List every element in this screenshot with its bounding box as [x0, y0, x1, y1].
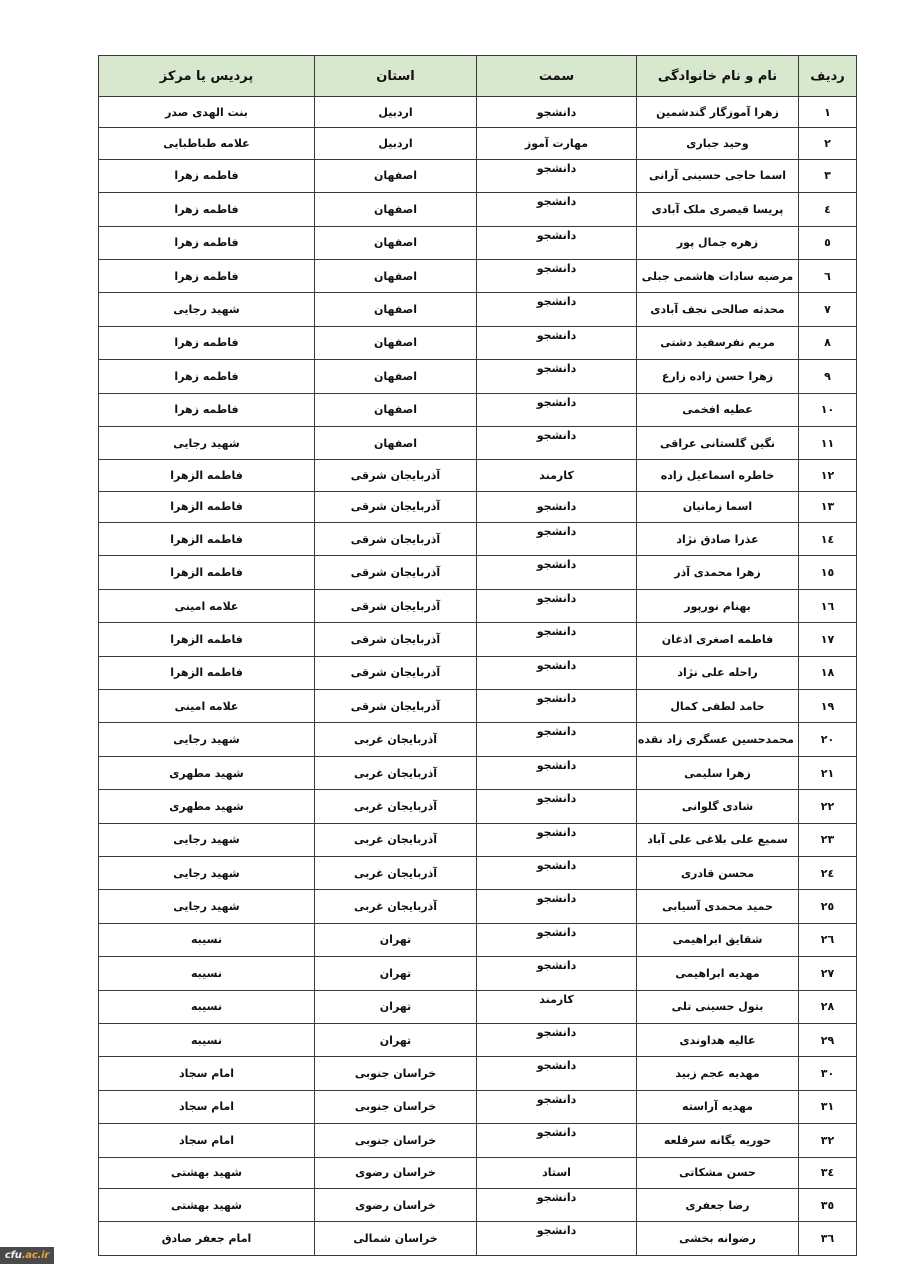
cell-full-name: عذرا صادق نژاد [637, 523, 799, 556]
table-row: ۱۲خاطره اسماعیل زادهکارمندآذربایجان شرقی… [99, 460, 857, 491]
cell-row-number: ۱۲ [799, 460, 857, 491]
cell-row-number: ۲۷ [799, 957, 857, 990]
cell-full-name: مرضیه سادات هاشمی جبلی [637, 259, 799, 292]
cell-campus: علامه طباطبایی [99, 128, 315, 159]
cell-full-name: محسن قادری [637, 856, 799, 889]
cell-full-name: حامد لطفی کمال [637, 690, 799, 723]
cell-campus: فاطمه الزهرا [99, 656, 315, 689]
cell-province: اصفهان [315, 360, 477, 393]
cell-role: دانشجو [477, 623, 637, 656]
cell-role: دانشجو [477, 823, 637, 856]
table-row: ۲۱زهرا سلیمیدانشجوآذربایجان غربیشهید مطه… [99, 756, 857, 789]
cell-full-name: اسما زمانیان [637, 491, 799, 522]
table-row: ۲وحید جباریمهارت آموزاردبیلعلامه طباطبای… [99, 128, 857, 159]
cell-role: مهارت آموز [477, 128, 637, 159]
table-row: ۱۷فاطمه اصغری اذغاندانشجوآذربایجان شرقیف… [99, 623, 857, 656]
cell-full-name: پریسا قیصری ملک آبادی [637, 193, 799, 226]
table-row: ۱۸راحله علی نژاددانشجوآذربایجان شرقیفاطم… [99, 656, 857, 689]
watermark-text-domain: .ac.ir [22, 1250, 49, 1261]
table-row: ۲۷مهدیه ابراهیمیدانشجوتهراننسیبه [99, 957, 857, 990]
cell-full-name: بتول حسینی تلی [637, 990, 799, 1023]
cell-row-number: ۸ [799, 326, 857, 359]
table-row: ۲۰محمدحسین عسگری زاد نقدهدانشجوآذربایجان… [99, 723, 857, 756]
cell-row-number: ۳۰ [799, 1057, 857, 1090]
cell-full-name: سمیع علی بلاغی علی آباد [637, 823, 799, 856]
cell-campus: فاطمه زهرا [99, 259, 315, 292]
cell-campus: نسیبه [99, 1023, 315, 1056]
cell-row-number: ۳ [799, 159, 857, 192]
header-row-number: ردیف [799, 56, 857, 97]
cell-province: تهران [315, 1023, 477, 1056]
table-header-row: ردیف نام و نام خانوادگی سمت استان پردیس … [99, 56, 857, 97]
cell-province: خراسان شمالی [315, 1222, 477, 1255]
cell-row-number: ۲٤ [799, 856, 857, 889]
cell-province: اردبیل [315, 97, 477, 128]
table-row: ٥زهره جمال پوردانشجواصفهانفاطمه زهرا [99, 226, 857, 259]
cell-role: دانشجو [477, 393, 637, 426]
cell-campus: فاطمه زهرا [99, 360, 315, 393]
cell-province: آذربایجان غربی [315, 790, 477, 823]
table-row: ٤پریسا قیصری ملک آبادیدانشجواصفهانفاطمه … [99, 193, 857, 226]
cell-campus: نسیبه [99, 957, 315, 990]
cell-full-name: زهرا سلیمی [637, 756, 799, 789]
cell-campus: علامه امینی [99, 589, 315, 622]
table-row: ۳اسما حاجی حسینی آرانیدانشجواصفهانفاطمه … [99, 159, 857, 192]
cell-role: دانشجو [477, 293, 637, 326]
cell-row-number: ۲٦ [799, 923, 857, 956]
cell-full-name: مهدیه ابراهیمی [637, 957, 799, 990]
cell-row-number: ۳۱ [799, 1090, 857, 1123]
participants-table: ردیف نام و نام خانوادگی سمت استان پردیس … [98, 55, 857, 1256]
cell-row-number: ۱۹ [799, 690, 857, 723]
cell-campus: فاطمه زهرا [99, 193, 315, 226]
cell-province: اصفهان [315, 159, 477, 192]
cell-campus: شهید رجایی [99, 723, 315, 756]
cell-row-number: ۱۳ [799, 491, 857, 522]
cell-province: آذربایجان شرقی [315, 690, 477, 723]
cell-full-name: زهره جمال پور [637, 226, 799, 259]
table-row: ۱٥زهرا محمدی آذردانشجوآذربایجان شرقیفاطم… [99, 556, 857, 589]
cell-full-name: محدثه صالحی نجف آبادی [637, 293, 799, 326]
cell-campus: امام جعفر صادق [99, 1222, 315, 1255]
header-full-name: نام و نام خانوادگی [637, 56, 799, 97]
cell-province: تهران [315, 957, 477, 990]
cell-full-name: حسن مشکاتی [637, 1157, 799, 1188]
cell-province: آذربایجان شرقی [315, 556, 477, 589]
cell-row-number: ۲٥ [799, 890, 857, 923]
table-row: ۱۰عطیه افخمیدانشجواصفهانفاطمه زهرا [99, 393, 857, 426]
cell-full-name: رضا جعفری [637, 1188, 799, 1221]
cell-campus: فاطمه زهرا [99, 226, 315, 259]
cell-campus: شهید رجایی [99, 823, 315, 856]
cell-province: آذربایجان شرقی [315, 623, 477, 656]
cell-role: استاد [477, 1157, 637, 1188]
cell-province: اصفهان [315, 226, 477, 259]
table-row: ۲۸بتول حسینی تلیکارمندتهراننسیبه [99, 990, 857, 1023]
cell-province: آذربایجان غربی [315, 756, 477, 789]
cell-province: اصفهان [315, 393, 477, 426]
cell-full-name: رضوانه بخشی [637, 1222, 799, 1255]
cell-province: آذربایجان غربی [315, 723, 477, 756]
table-row: ۲٤محسن قادریدانشجوآذربایجان غربیشهید رجا… [99, 856, 857, 889]
cell-campus: شهید رجایی [99, 293, 315, 326]
cell-row-number: ٦ [799, 259, 857, 292]
cell-row-number: ۱۷ [799, 623, 857, 656]
cell-role: دانشجو [477, 957, 637, 990]
cell-full-name: زهرا آموزگار گندشمین [637, 97, 799, 128]
cell-full-name: مهدیه آراسته [637, 1090, 799, 1123]
cell-role: دانشجو [477, 1057, 637, 1090]
header-province: استان [315, 56, 477, 97]
cell-role: دانشجو [477, 589, 637, 622]
cell-full-name: نگین گلستانی عراقی [637, 426, 799, 459]
table-row: ۳٥رضا جعفریدانشجوخراسان رضویشهید بهشتی [99, 1188, 857, 1221]
cell-row-number: ۳٦ [799, 1222, 857, 1255]
cell-row-number: ۳٤ [799, 1157, 857, 1188]
cell-campus: شهید رجایی [99, 426, 315, 459]
cell-full-name: مریم نفرسفید دشتی [637, 326, 799, 359]
cell-campus: امام سجاد [99, 1090, 315, 1123]
participants-table-container: ردیف نام و نام خانوادگی سمت استان پردیس … [98, 55, 856, 1256]
cell-role: دانشجو [477, 326, 637, 359]
cell-full-name: حوریه یگانه سرقلعه [637, 1124, 799, 1157]
table-body: ۱زهرا آموزگار گندشمیندانشجواردبیلبنت اله… [99, 97, 857, 1256]
cell-campus: فاطمه الزهرا [99, 523, 315, 556]
table-row: ۳٤حسن مشکاتیاستادخراسان رضویشهید بهشتی [99, 1157, 857, 1188]
cell-role: دانشجو [477, 1090, 637, 1123]
cell-role: دانشجو [477, 1023, 637, 1056]
cell-campus: نسیبه [99, 990, 315, 1023]
cell-campus: فاطمه الزهرا [99, 556, 315, 589]
site-watermark: cfu.ac.ir [0, 1247, 54, 1264]
cell-full-name: وحید جباری [637, 128, 799, 159]
cell-full-name: شقایق ابراهیمی [637, 923, 799, 956]
table-row: ۱٦بهنام نورپوردانشجوآذربایجان شرقیعلامه … [99, 589, 857, 622]
cell-row-number: ۳۲ [799, 1124, 857, 1157]
cell-province: آذربایجان شرقی [315, 460, 477, 491]
cell-campus: شهید مطهری [99, 756, 315, 789]
cell-full-name: خاطره اسماعیل زاده [637, 460, 799, 491]
cell-campus: علامه امینی [99, 690, 315, 723]
cell-role: کارمند [477, 460, 637, 491]
cell-role: دانشجو [477, 159, 637, 192]
cell-row-number: ۱ [799, 97, 857, 128]
table-row: ۷محدثه صالحی نجف آبادیدانشجواصفهانشهید ر… [99, 293, 857, 326]
cell-campus: فاطمه الزهرا [99, 491, 315, 522]
cell-province: آذربایجان غربی [315, 823, 477, 856]
table-row: ۲۹عالیه هداوندیدانشجوتهراننسیبه [99, 1023, 857, 1056]
cell-province: آذربایجان غربی [315, 890, 477, 923]
cell-full-name: بهنام نورپور [637, 589, 799, 622]
cell-row-number: ۹ [799, 360, 857, 393]
cell-full-name: حمید محمدی آسیابی [637, 890, 799, 923]
cell-campus: شهید مطهری [99, 790, 315, 823]
cell-province: خراسان رضوی [315, 1157, 477, 1188]
cell-campus: امام سجاد [99, 1057, 315, 1090]
cell-full-name: راحله علی نژاد [637, 656, 799, 689]
cell-row-number: ۱٦ [799, 589, 857, 622]
cell-role: دانشجو [477, 426, 637, 459]
cell-province: خراسان جنوبی [315, 1124, 477, 1157]
cell-role: دانشجو [477, 97, 637, 128]
cell-row-number: ۲۸ [799, 990, 857, 1023]
cell-row-number: ۱٥ [799, 556, 857, 589]
cell-province: خراسان جنوبی [315, 1090, 477, 1123]
header-campus: پردیس یا مرکز [99, 56, 315, 97]
cell-row-number: ٥ [799, 226, 857, 259]
table-row: ۲٥حمید محمدی آسیابیدانشجوآذربایجان غربیش… [99, 890, 857, 923]
cell-role: دانشجو [477, 360, 637, 393]
cell-province: آذربایجان غربی [315, 856, 477, 889]
cell-campus: فاطمه زهرا [99, 159, 315, 192]
cell-full-name: عالیه هداوندی [637, 1023, 799, 1056]
cell-province: اصفهان [315, 193, 477, 226]
cell-role: دانشجو [477, 523, 637, 556]
cell-full-name: شادی گلوانی [637, 790, 799, 823]
cell-role: دانشجو [477, 1222, 637, 1255]
cell-role: دانشجو [477, 923, 637, 956]
table-row: ۱٤عذرا صادق نژاددانشجوآذربایجان شرقیفاطم… [99, 523, 857, 556]
table-row: ۲٦شقایق ابراهیمیدانشجوتهراننسیبه [99, 923, 857, 956]
table-row: ۳۰مهدیه عجم زبیددانشجوخراسان جنوبیامام س… [99, 1057, 857, 1090]
cell-row-number: ۱۰ [799, 393, 857, 426]
cell-role: دانشجو [477, 556, 637, 589]
watermark-text-main: cfu [5, 1250, 22, 1261]
cell-campus: شهید رجایی [99, 856, 315, 889]
cell-row-number: ۱۸ [799, 656, 857, 689]
cell-campus: فاطمه الزهرا [99, 460, 315, 491]
table-row: ۲۲شادی گلوانیدانشجوآذربایجان غربیشهید مط… [99, 790, 857, 823]
table-row: ۱۳اسما زمانیاندانشجوآذربایجان شرقیفاطمه … [99, 491, 857, 522]
cell-role: دانشجو [477, 1188, 637, 1221]
cell-role: دانشجو [477, 756, 637, 789]
cell-row-number: ۲۹ [799, 1023, 857, 1056]
cell-row-number: ۲ [799, 128, 857, 159]
cell-row-number: ۲۲ [799, 790, 857, 823]
cell-role: دانشجو [477, 193, 637, 226]
cell-row-number: ۲۱ [799, 756, 857, 789]
cell-row-number: ۷ [799, 293, 857, 326]
cell-row-number: ۲۳ [799, 823, 857, 856]
cell-role: دانشجو [477, 1124, 637, 1157]
cell-full-name: فاطمه اصغری اذغان [637, 623, 799, 656]
table-row: ۱۱نگین گلستانی عراقیدانشجواصفهانشهید رجا… [99, 426, 857, 459]
cell-province: آذربایجان شرقی [315, 491, 477, 522]
cell-province: اردبیل [315, 128, 477, 159]
cell-role: دانشجو [477, 656, 637, 689]
table-row: ۲۳سمیع علی بلاغی علی آباددانشجوآذربایجان… [99, 823, 857, 856]
cell-province: تهران [315, 990, 477, 1023]
table-row: ۸مریم نفرسفید دشتیدانشجواصفهانفاطمه زهرا [99, 326, 857, 359]
cell-full-name: مهدیه عجم زبید [637, 1057, 799, 1090]
cell-role: دانشجو [477, 890, 637, 923]
cell-campus: فاطمه زهرا [99, 326, 315, 359]
cell-province: تهران [315, 923, 477, 956]
table-row: ۹زهرا حسن زاده زارعدانشجواصفهانفاطمه زهر… [99, 360, 857, 393]
header-role: سمت [477, 56, 637, 97]
cell-row-number: ۲۰ [799, 723, 857, 756]
cell-campus: امام سجاد [99, 1124, 315, 1157]
cell-campus: فاطمه الزهرا [99, 623, 315, 656]
cell-campus: شهید بهشتی [99, 1188, 315, 1221]
cell-province: آذربایجان شرقی [315, 656, 477, 689]
cell-full-name: اسما حاجی حسینی آرانی [637, 159, 799, 192]
cell-full-name: زهرا حسن زاده زارع [637, 360, 799, 393]
cell-province: اصفهان [315, 259, 477, 292]
cell-province: آذربایجان شرقی [315, 523, 477, 556]
cell-role: دانشجو [477, 790, 637, 823]
cell-row-number: ۱٤ [799, 523, 857, 556]
cell-role: دانشجو [477, 723, 637, 756]
cell-campus: شهید رجایی [99, 890, 315, 923]
cell-campus: نسیبه [99, 923, 315, 956]
cell-province: اصفهان [315, 426, 477, 459]
table-row: ۳۱مهدیه آراستهدانشجوخراسان جنوبیامام سجا… [99, 1090, 857, 1123]
table-row: ۱زهرا آموزگار گندشمیندانشجواردبیلبنت اله… [99, 97, 857, 128]
table-row: ۳۲حوریه یگانه سرقلعهدانشجوخراسان جنوبیام… [99, 1124, 857, 1157]
table-row: ٦مرضیه سادات هاشمی جبلیدانشجواصفهانفاطمه… [99, 259, 857, 292]
cell-province: آذربایجان شرقی [315, 589, 477, 622]
cell-role: دانشجو [477, 690, 637, 723]
table-row: ۱۹حامد لطفی کمالدانشجوآذربایجان شرقیعلام… [99, 690, 857, 723]
cell-campus: فاطمه زهرا [99, 393, 315, 426]
cell-row-number: ٤ [799, 193, 857, 226]
cell-row-number: ۱۱ [799, 426, 857, 459]
cell-province: خراسان جنوبی [315, 1057, 477, 1090]
cell-province: اصفهان [315, 293, 477, 326]
cell-role: کارمند [477, 990, 637, 1023]
cell-campus: بنت الهدی صدر [99, 97, 315, 128]
cell-province: خراسان رضوی [315, 1188, 477, 1221]
table-row: ۳٦رضوانه بخشیدانشجوخراسان شمالیامام جعفر… [99, 1222, 857, 1255]
cell-province: اصفهان [315, 326, 477, 359]
cell-row-number: ۳٥ [799, 1188, 857, 1221]
cell-campus: شهید بهشتی [99, 1157, 315, 1188]
cell-full-name: عطیه افخمی [637, 393, 799, 426]
cell-role: دانشجو [477, 226, 637, 259]
cell-role: دانشجو [477, 856, 637, 889]
cell-role: دانشجو [477, 259, 637, 292]
cell-full-name: محمدحسین عسگری زاد نقده [637, 723, 799, 756]
cell-role: دانشجو [477, 491, 637, 522]
cell-full-name: زهرا محمدی آذر [637, 556, 799, 589]
